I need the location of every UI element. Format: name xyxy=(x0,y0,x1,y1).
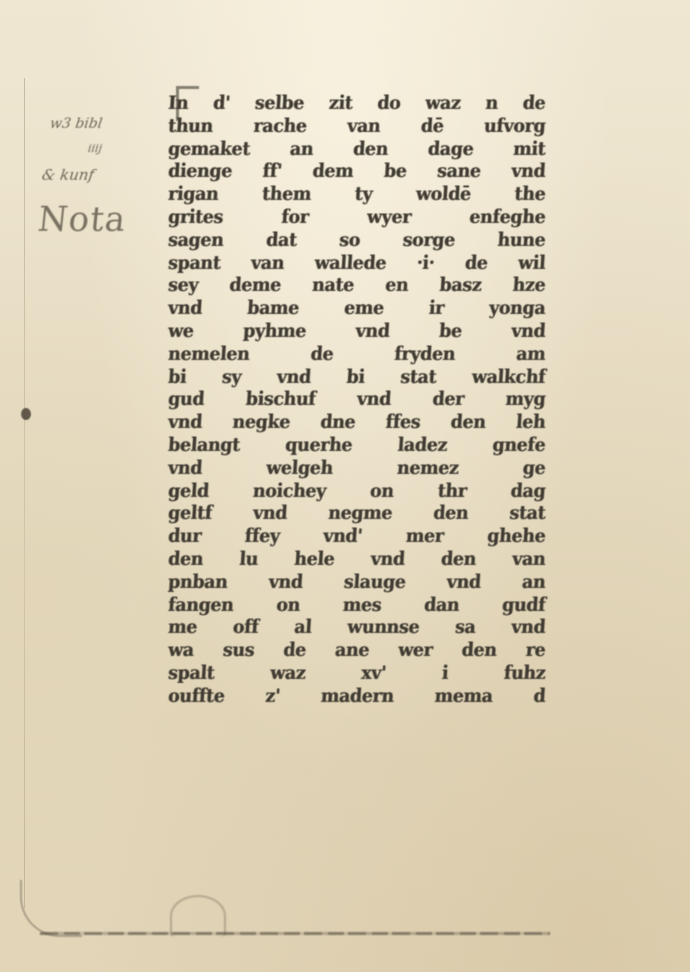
margin-note: w3 bibl xyxy=(49,116,103,132)
manuscript-text-block: In d' selbe zit do waz n de thun rache v… xyxy=(168,92,578,708)
text-line: sagen dat so sorge hune xyxy=(167,229,546,252)
text-line: dienge ff' dem be sane vnd xyxy=(167,160,546,183)
text-line: fangen on mes dan gudf xyxy=(167,594,546,617)
text-line: dur ffey vnd' mer ghehe xyxy=(167,525,546,548)
text-line: wa sus de ane wer den re xyxy=(167,639,546,662)
ink-blot xyxy=(21,408,31,420)
margin-note: & kunf xyxy=(41,166,96,184)
text-line: rigan them ty woldē the xyxy=(167,183,546,206)
text-line: geltf vnd negme den stat xyxy=(167,502,546,525)
text-line: gemaket an den dage mit xyxy=(167,138,546,161)
text-line: bi sy vnd bi stat walkchf xyxy=(167,366,546,389)
text-line: geld noichey on thr dag xyxy=(167,480,546,503)
text-line: ouffte z' madern mema d xyxy=(167,685,546,708)
margin-rule-line xyxy=(24,78,25,908)
pen-loop-mark xyxy=(170,895,226,937)
text-line: belangt querhe ladez gnefe xyxy=(167,434,546,457)
text-line: gud bischuf vnd der myg xyxy=(167,388,546,411)
text-line: vnd bame eme ir yonga xyxy=(167,297,546,320)
text-line: nemelen de fryden am xyxy=(167,343,546,366)
text-line: thun rache van dē ufvorg xyxy=(167,115,546,138)
text-line: spant van wallede ·i· de wil xyxy=(167,252,546,275)
text-line: In d' selbe zit do waz n de xyxy=(167,92,546,115)
text-line: pnban vnd slauge vnd an xyxy=(167,571,546,594)
nota-mark: Nota xyxy=(36,200,128,240)
text-line: spalt waz xv' i fuhz xyxy=(167,662,546,685)
text-line: grites for wyer enfeghe xyxy=(167,206,546,229)
text-line: me off al wunnse sa vnd xyxy=(167,616,546,639)
text-line: sey deme nate en basz hze xyxy=(167,274,546,297)
margin-note: iiij xyxy=(87,142,103,155)
text-line: vnd welgeh nemez ge xyxy=(167,457,546,480)
text-line: den lu hele vnd den van xyxy=(167,548,546,571)
text-line: we pyhme vnd be vnd xyxy=(167,320,546,343)
text-line: vnd negke dne ffes den leh xyxy=(167,411,546,434)
bottom-ruled-line xyxy=(40,932,550,935)
